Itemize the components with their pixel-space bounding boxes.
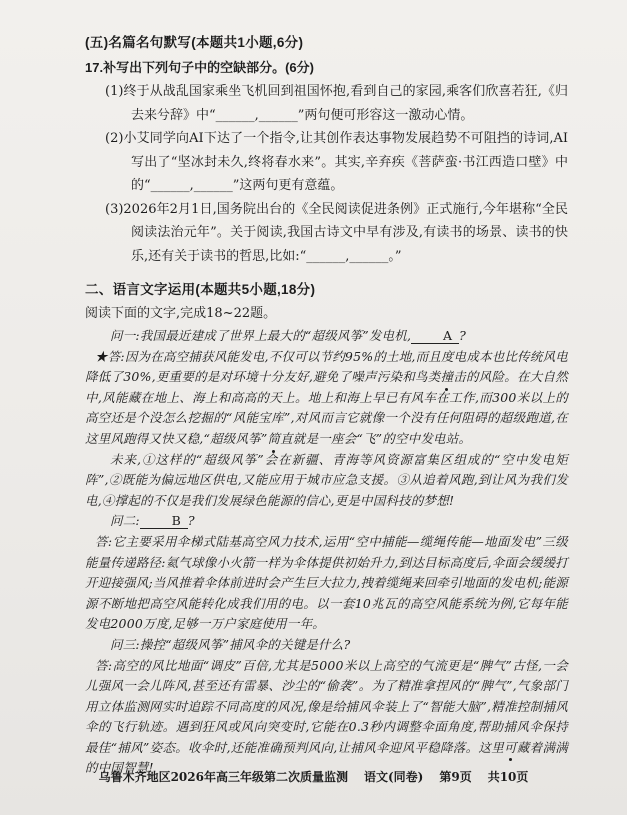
answer3-paragraph: 答:高空的风比地面“调皮”百倍,尤其是5000米以上高空的气流更是“脾气”古怪,… — [85, 656, 568, 780]
question3-line: 问三:操控“超级风筝”捕风伞的关键是什么? — [85, 635, 568, 656]
section5-header: (五)名篇名句默写(本题共1小题,6分) — [85, 30, 568, 55]
emphasis-dot-char: 撞 — [441, 367, 454, 388]
question2-line: 问二:B? — [85, 511, 568, 532]
q17-item-3: (3)2026年2月1日,国务院出台的《全民阅读促进条例》正式施行,今年堪称“全… — [105, 198, 568, 269]
question1-mark: ? — [459, 328, 466, 343]
emphasis-dot-char: 简 — [267, 429, 280, 450]
future-paragraph: 未来,①这样的“超级风筝”会在新疆、青海等风资源富集区组成的“空中发电矩阵”,②… — [85, 450, 568, 512]
blank-a: A — [411, 330, 459, 344]
answer1-seg3: 直就是一座会“飞”的空中发电站。 — [280, 431, 471, 446]
emphasis-dot-char: 可 — [504, 738, 517, 759]
q17-stem: 17.补写出下列句子中的空缺部分。(6分) — [85, 55, 568, 80]
page-content: (五)名篇名句默写(本题共1小题,6分) 17.补写出下列句子中的空缺部分。(6… — [85, 30, 568, 779]
page-footer: 乌鲁木齐地区2026年高三年级第二次质量监测 语文(同卷) 第9页 共10页 — [0, 768, 627, 785]
footer-total-pages: 共10页 — [488, 768, 529, 785]
footer-subject: 语文(同卷) — [364, 768, 423, 785]
question1-line: 问一:我国最近建成了世界上最大的“超级风筝”发电机,A? — [85, 326, 568, 347]
reading-intro: 阅读下面的文字,完成18~22题。 — [85, 302, 568, 326]
question2-mark: ? — [188, 513, 195, 528]
answer2-paragraph: 答:它主要采用伞梯式陆基高空风力技术,运用“空中捕能—缆绳传能—地面发电”三级能… — [85, 532, 568, 635]
q17-item-1: (1)终于从战乱国家乘坐飞机回到祖国怀抱,看到自己的家园,乘客们欣喜若狂,《归去… — [105, 80, 568, 127]
scanned-exam-page: (五)名篇名句默写(本题共1小题,6分) 17.补写出下列句子中的空缺部分。(6… — [0, 0, 627, 815]
q17-item-2: (2)小艾同学向AI下达了一个指令,让其创作表达事物发展趋势不可阻挡的诗词,AI… — [105, 127, 568, 198]
answer1-paragraph: ★答:因为在高空捕获风能发电,不仅可以节约95%的土地,而且度电成本也比传统风电… — [85, 347, 568, 450]
section2-header: 二、语言文字运用(本题共5小题,18分) — [85, 277, 568, 302]
answer3-seg1: 答:高空的风比地面“调皮”百倍,尤其是5000米以上高空的气流更是“脾气”古怪,… — [85, 658, 568, 755]
question1-text: 问一:我国最近建成了世界上最大的“超级风筝”发电机, — [110, 328, 411, 343]
blank-b: B — [140, 515, 188, 529]
footer-exam-title: 乌鲁木齐地区2026年高三年级第二次质量监测 — [99, 768, 348, 785]
question2-text: 问二: — [110, 513, 140, 528]
footer-page-number: 第9页 — [439, 768, 471, 785]
